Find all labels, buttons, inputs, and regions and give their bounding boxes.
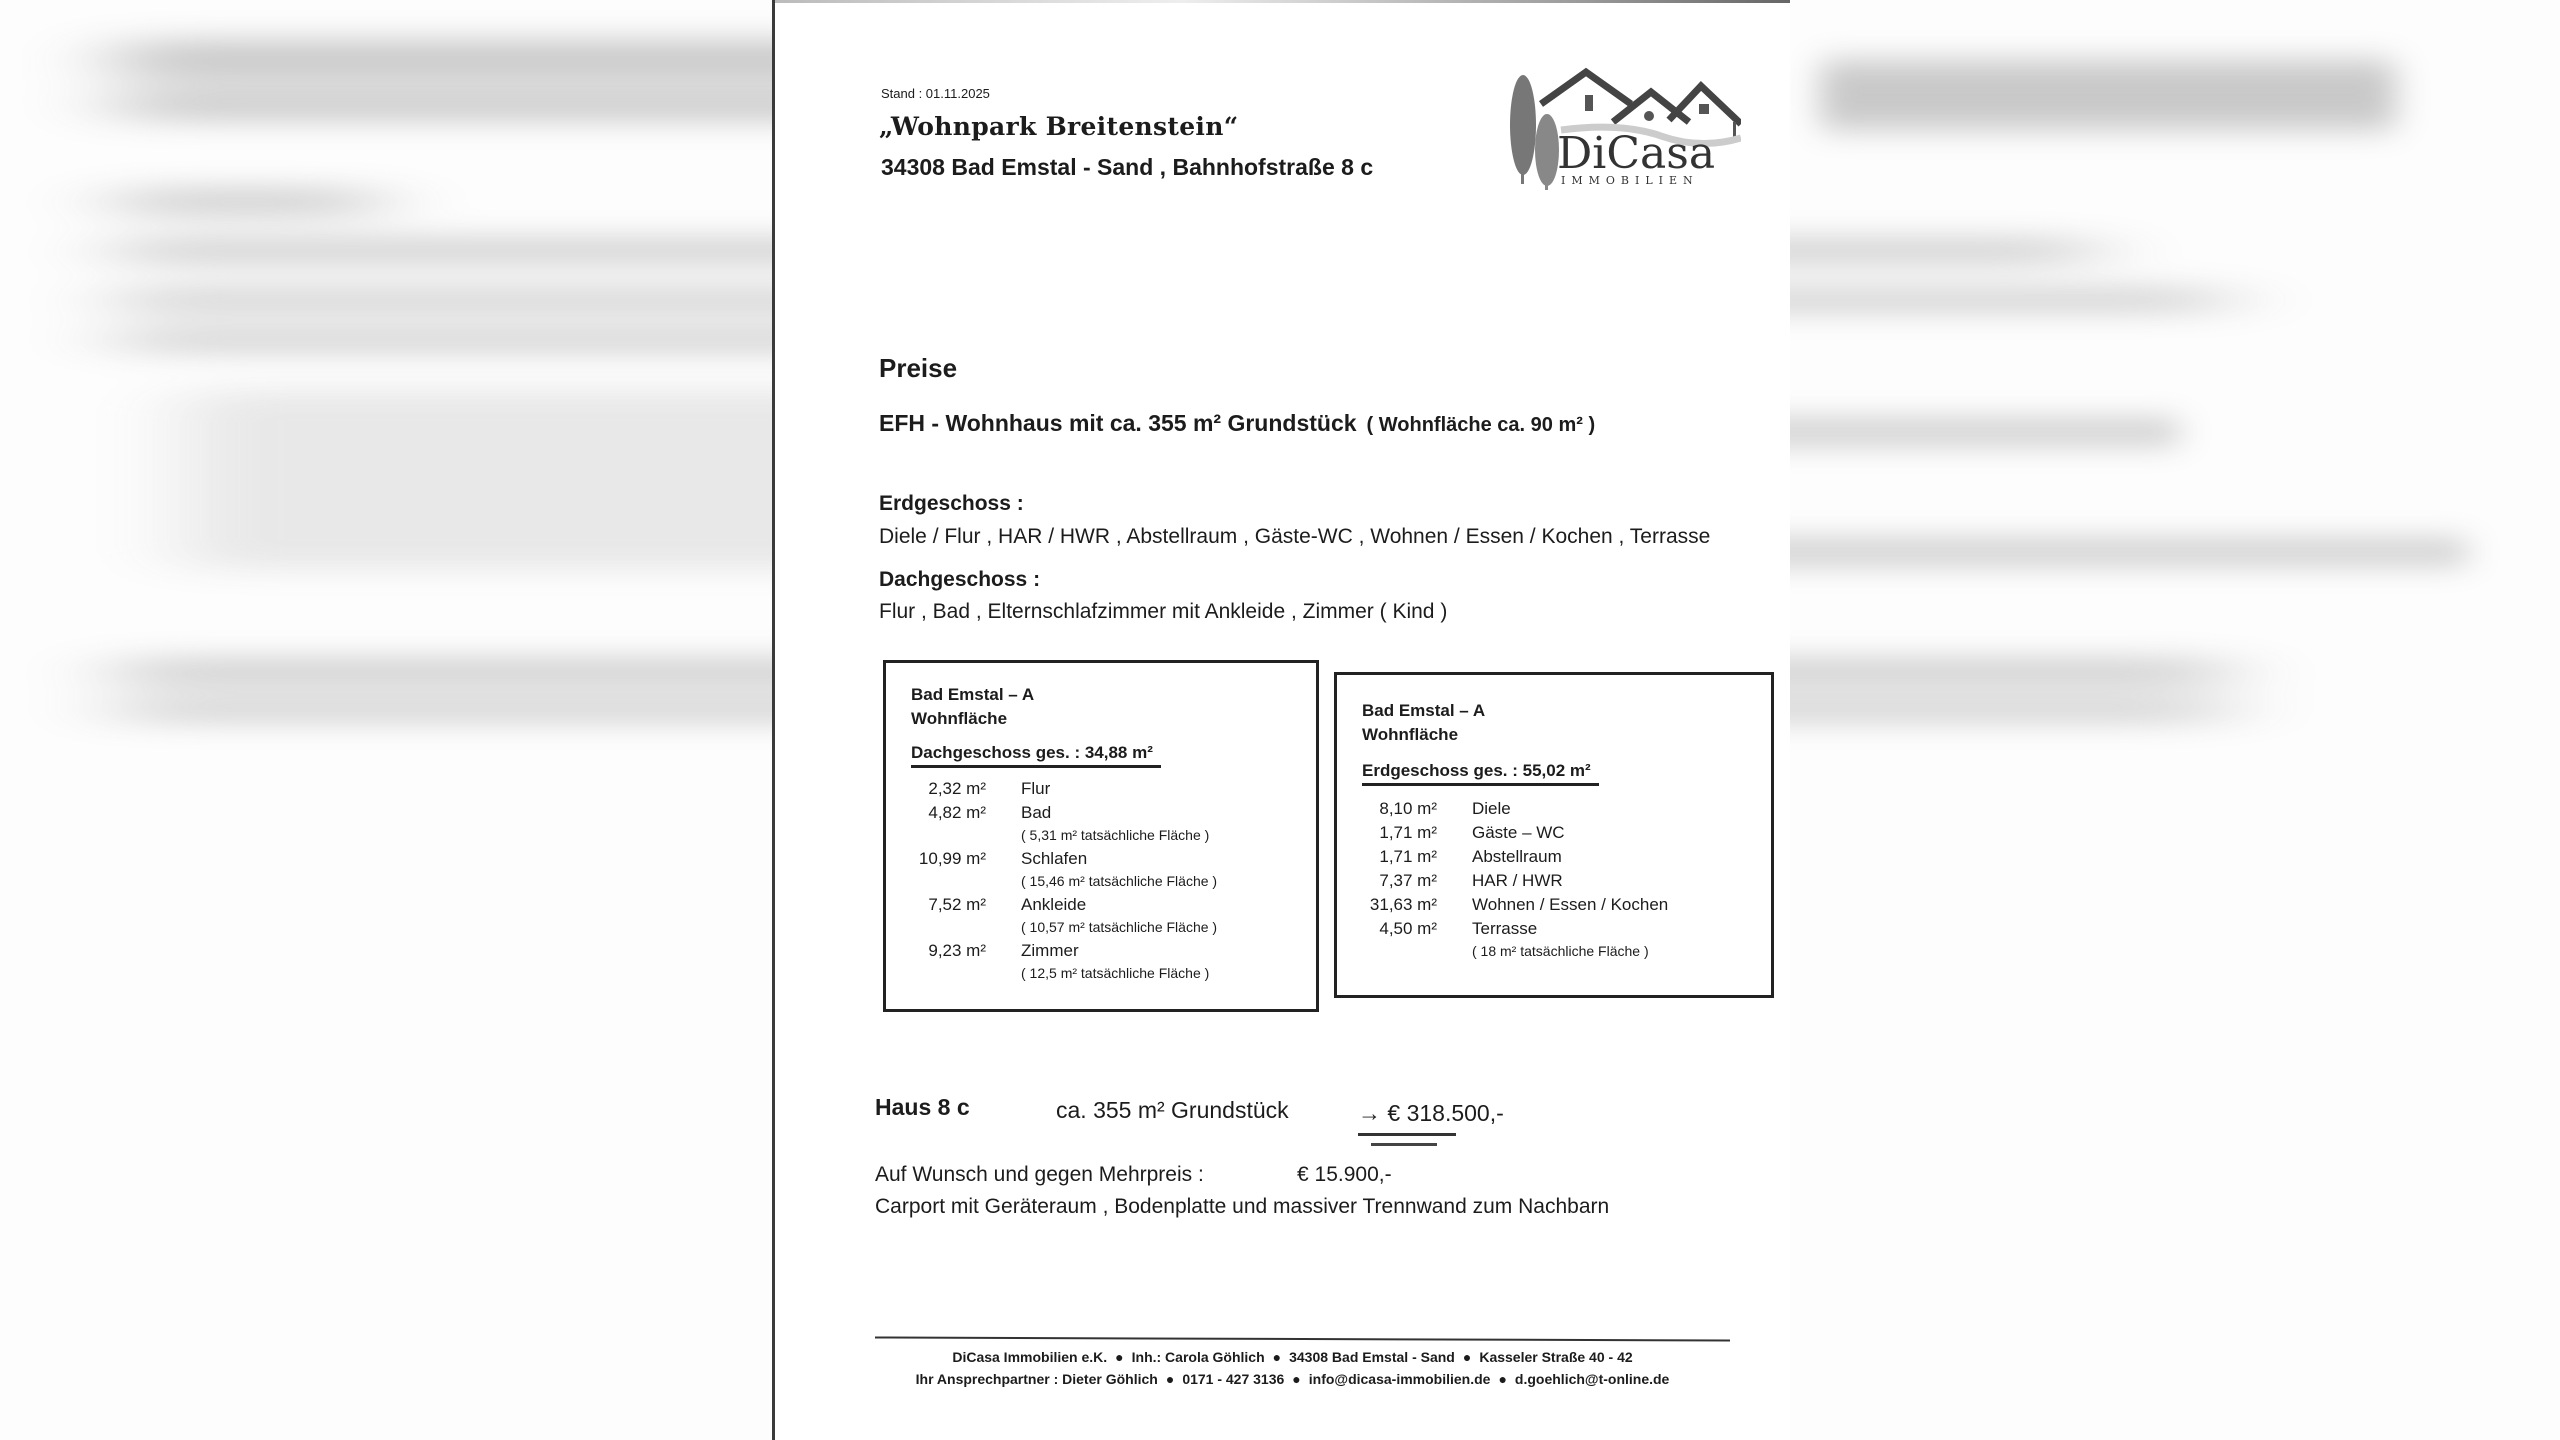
section-heading-preise: Preise: [879, 353, 957, 384]
room-area: 1,71 m²: [1347, 845, 1437, 869]
project-title: „Wohnpark Breitenstein“: [879, 112, 1238, 141]
room-area: 7,52 m²: [896, 893, 986, 917]
footer-item: DiCasa Immobilien e.K.: [952, 1349, 1107, 1365]
extra-description: Carport mit Geräteraum , Bodenplatte und…: [875, 1195, 1609, 1219]
project-address: 34308 Bad Emstal - Sand , Bahnhofstraße …: [881, 154, 1373, 181]
scan-edge: [775, 0, 1790, 3]
bullet-icon: ●: [1292, 1371, 1300, 1387]
area-row: 1,71 m²Gäste – WC: [1347, 821, 1761, 845]
area-row: 10,99 m²Schlafen: [896, 847, 1306, 871]
note-text: ( 15,46 m² tatsächliche Fläche ): [1021, 871, 1217, 891]
blurred-background-right: [1700, 0, 2560, 1400]
bullet-icon: ●: [1115, 1349, 1123, 1365]
box-heading: Bad Emstal – A: [1362, 699, 1485, 723]
extra-price: € 15.900,-: [1297, 1163, 1392, 1187]
dachgeschoss-title: Dachgeschoss :: [879, 568, 1040, 592]
area-row: 7,37 m²HAR / HWR: [1347, 869, 1761, 893]
bullet-icon: ●: [1463, 1349, 1471, 1365]
note-text: ( 10,57 m² tatsächliche Fläche ): [1021, 917, 1217, 937]
bullet-icon: ●: [1166, 1371, 1174, 1387]
footer-divider: [875, 1337, 1730, 1342]
extra-label: Auf Wunsch und gegen Mehrpreis :: [875, 1163, 1204, 1187]
room-area: 7,37 m²: [1347, 869, 1437, 893]
note-text: ( 12,5 m² tatsächliche Fläche ): [1021, 963, 1209, 983]
box-heading: Bad Emstal – A: [911, 683, 1034, 707]
area-rows: 2,32 m²Flur4,82 m²Bad( 5,31 m² tatsächli…: [896, 777, 1306, 985]
box-total: Dachgeschoss ges. : 34,88 m²: [911, 743, 1161, 768]
note-text: ( 18 m² tatsächliche Fläche ): [1472, 941, 1649, 961]
price-underline-2: [1371, 1143, 1437, 1146]
footer-item: 0171 - 427 3136: [1182, 1371, 1284, 1387]
footer-item: 34308 Bad Emstal - Sand: [1289, 1349, 1455, 1365]
footer-item: Kasseler Straße 40 - 42: [1479, 1349, 1632, 1365]
document-page: Stand : 01.11.2025 „Wohnpark Breitenstei…: [772, 0, 1790, 1440]
footer-item: Inh.: Carola Göhlich: [1132, 1349, 1265, 1365]
bullet-icon: ●: [1498, 1371, 1506, 1387]
box-subheading: Wohnfläche: [1362, 723, 1458, 747]
svg-text:DiCasa: DiCasa: [1557, 128, 1715, 179]
room-name: Wohnen / Essen / Kochen: [1472, 893, 1668, 917]
erdgeschoss-area-table: Bad Emstal – A Wohnfläche Erdgeschoss ge…: [1334, 672, 1774, 998]
area-row: 4,82 m²Bad: [896, 801, 1306, 825]
room-name: Terrasse: [1472, 917, 1537, 941]
room-area: 10,99 m²: [896, 847, 986, 871]
area-row: 7,52 m²Ankleide: [896, 893, 1306, 917]
house-logo-icon: DiCasa IMMOBILIEN: [1501, 60, 1741, 190]
area-row: 2,32 m²Flur: [896, 777, 1306, 801]
room-area: 31,63 m²: [1347, 893, 1437, 917]
room-name: Diele: [1472, 797, 1511, 821]
actual-area-note: ( 18 m² tatsächliche Fläche ): [1347, 941, 1761, 963]
house-price: → € 318.500,-: [1358, 1100, 1504, 1127]
house-label: Haus 8 c: [875, 1094, 970, 1121]
bullet-icon: ●: [1273, 1349, 1281, 1365]
area-row: 4,50 m²Terrasse: [1347, 917, 1761, 941]
note-text: ( 5,31 m² tatsächliche Fläche ): [1021, 825, 1209, 845]
dachgeschoss-rooms: Flur , Bad , Elternschlafzimmer mit Ankl…: [879, 600, 1447, 624]
actual-area-note: ( 5,31 m² tatsächliche Fläche ): [896, 825, 1306, 847]
room-area: 9,23 m²: [896, 939, 986, 963]
room-name: Abstellraum: [1472, 845, 1562, 869]
svg-text:IMMOBILIEN: IMMOBILIEN: [1561, 174, 1699, 187]
footer-item: d.goehlich@t-online.de: [1515, 1371, 1669, 1387]
actual-area-note: ( 12,5 m² tatsächliche Fläche ): [896, 963, 1306, 985]
property-summary: EFH - Wohnhaus mit ca. 355 m² Grundstück…: [879, 410, 1595, 437]
room-area: 8,10 m²: [1347, 797, 1437, 821]
dicasa-logo: DiCasa IMMOBILIEN: [1501, 60, 1741, 190]
actual-area-note: ( 15,46 m² tatsächliche Fläche ): [896, 871, 1306, 893]
footer-contact-line: Ihr Ansprechpartner : Dieter Göhlich●017…: [775, 1371, 1790, 1387]
area-row: 8,10 m²Diele: [1347, 797, 1761, 821]
area-row: 31,63 m²Wohnen / Essen / Kochen: [1347, 893, 1761, 917]
room-area: 4,82 m²: [896, 801, 986, 825]
footer-item: info@dicasa-immobilien.de: [1309, 1371, 1491, 1387]
room-name: Gäste – WC: [1472, 821, 1565, 845]
area-rows: 8,10 m²Diele1,71 m²Gäste – WC1,71 m²Abst…: [1347, 797, 1761, 963]
actual-area-note: ( 10,57 m² tatsächliche Fläche ): [896, 917, 1306, 939]
room-area: 1,71 m²: [1347, 821, 1437, 845]
property-living-area: ( Wohnfläche ca. 90 m² ): [1367, 414, 1596, 436]
room-area: 2,32 m²: [896, 777, 986, 801]
room-area: 4,50 m²: [1347, 917, 1437, 941]
room-name: Ankleide: [1021, 893, 1086, 917]
property-line: EFH - Wohnhaus mit ca. 355 m² Grundstück: [879, 410, 1357, 436]
plot-size: ca. 355 m² Grundstück: [1056, 1097, 1289, 1124]
room-name: Zimmer: [1021, 939, 1079, 963]
footer-company-line: DiCasa Immobilien e.K.●Inh.: Carola Göhl…: [775, 1349, 1790, 1365]
erdgeschoss-title: Erdgeschoss :: [879, 492, 1024, 516]
room-name: HAR / HWR: [1472, 869, 1563, 893]
dachgeschoss-area-table: Bad Emstal – A Wohnfläche Dachgeschoss g…: [883, 660, 1319, 1012]
box-subheading: Wohnfläche: [911, 707, 1007, 731]
footer-item: Ihr Ansprechpartner : Dieter Göhlich: [916, 1371, 1158, 1387]
area-row: 1,71 m²Abstellraum: [1347, 845, 1761, 869]
room-name: Schlafen: [1021, 847, 1087, 871]
room-name: Flur: [1021, 777, 1050, 801]
erdgeschoss-rooms: Diele / Flur , HAR / HWR , Abstellraum ,…: [879, 525, 1710, 549]
price-underline: [1358, 1133, 1456, 1136]
room-name: Bad: [1021, 801, 1051, 825]
stand-date: Stand : 01.11.2025: [881, 86, 990, 101]
area-row: 9,23 m²Zimmer: [896, 939, 1306, 963]
box-total: Erdgeschoss ges. : 55,02 m²: [1362, 761, 1599, 786]
